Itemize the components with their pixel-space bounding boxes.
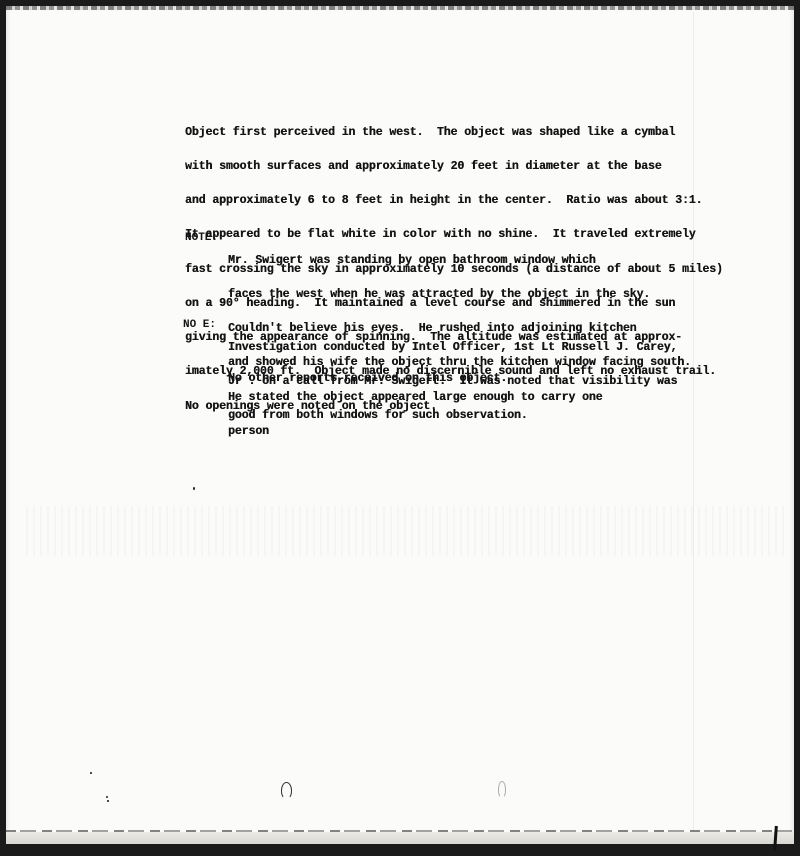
text-line: Mr. Swigert was standing by open bathroo… (228, 255, 691, 266)
closing-statement: No other reports received on this object… (228, 373, 507, 384)
punch-hole-mark-left (281, 782, 292, 799)
scan-speck (193, 487, 195, 490)
scan-speck (106, 796, 108, 798)
scan-speck (90, 772, 92, 774)
page-bottom-band (6, 832, 794, 844)
text-line: good from both windows for such observat… (228, 410, 677, 421)
note-2-label: NO E: (183, 319, 216, 331)
text-line: Investigation conducted by Intel Officer… (228, 342, 677, 353)
text-line: Object first perceived in the west. The … (185, 127, 723, 138)
scan-noise (26, 506, 786, 556)
scanned-document-page: Object first perceived in the west. The … (6, 6, 794, 844)
text-line: with smooth surfaces and approximately 2… (185, 161, 723, 172)
page-top-edge (6, 6, 794, 10)
text-line: faces the west when he was attracted by … (228, 289, 691, 300)
text-line: and approximately 6 to 8 feet in height … (185, 195, 723, 206)
scan-speck (107, 800, 109, 802)
punch-hole-mark-right (498, 781, 506, 798)
note-label: NOTE: (185, 232, 218, 244)
